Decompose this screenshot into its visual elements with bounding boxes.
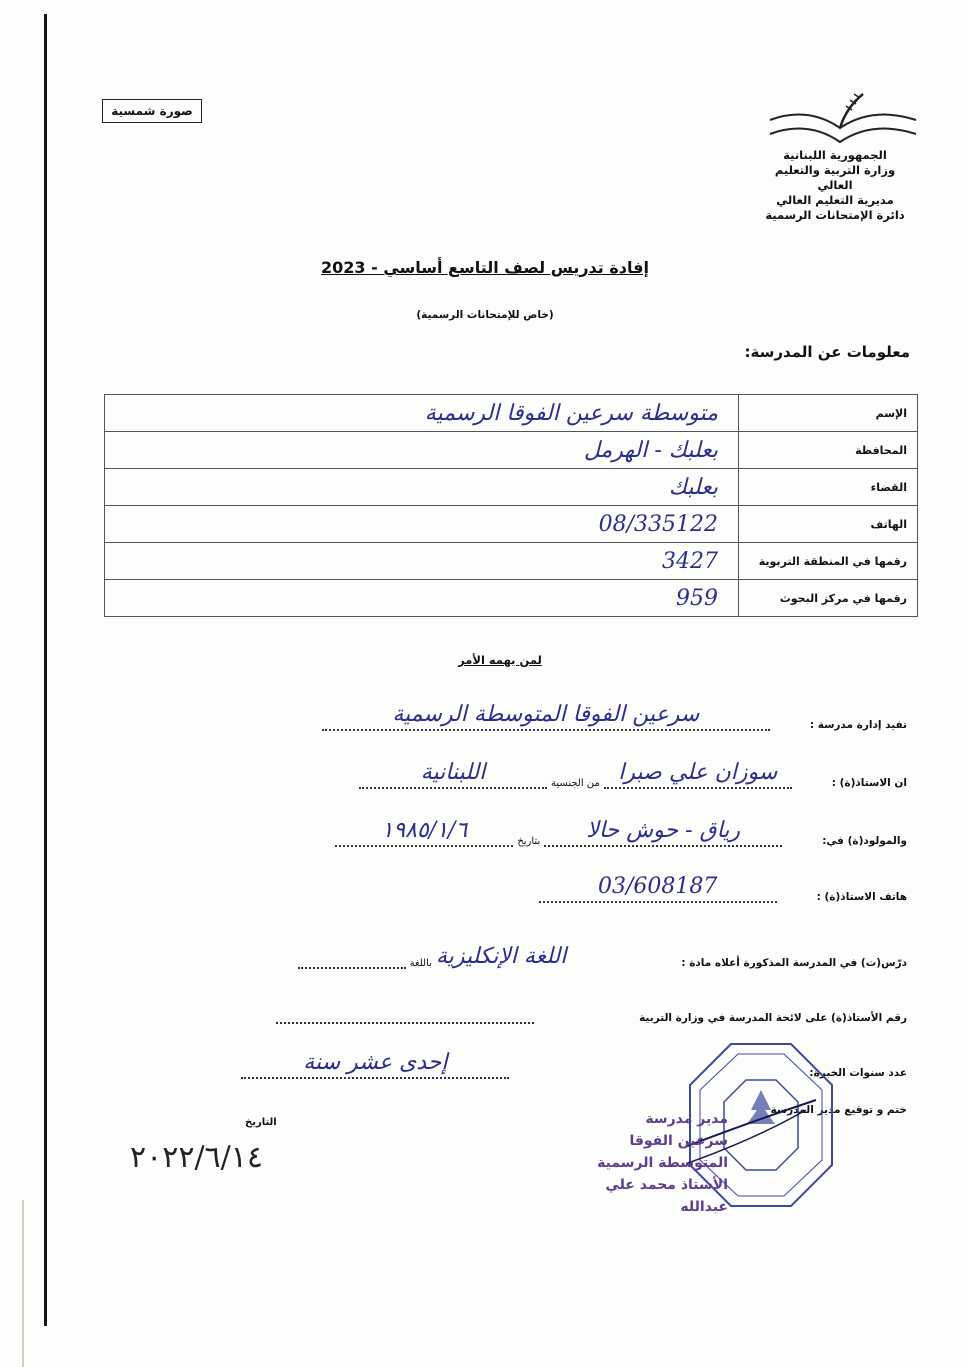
governorate-value: بعلبك - الهرمل [584, 438, 718, 463]
signature-line: الأستاذ محمد علي عبدالله [558, 1174, 728, 1218]
photo-placeholder: صورة شمسية [102, 99, 202, 123]
language-value [298, 965, 406, 969]
date-label: التاريخ [245, 1117, 277, 1128]
birth-row: والمولود(ة) في: رياق - حوش حالا بتاريخ ١… [335, 818, 907, 847]
school-info-heading: معلومات عن المدرسة: [620, 343, 910, 361]
experience-value: إحدى عشر سنة [241, 1050, 509, 1079]
ministry-header: الجمهورية اللبنانية وزارة التربية والتعل… [760, 148, 910, 223]
teacher-phone-label: هاتف الاستاذ(ة) : [817, 891, 907, 903]
birthplace-value: رياق - حوش حالا [544, 818, 782, 847]
school-info-table: الإسم متوسطة سرعين الفوقا الرسمية المحاف… [104, 394, 918, 617]
teacher-row: ان الاستاذ(ة) : سوزان علي صبرا من الجنسي… [359, 760, 907, 789]
roster-row: رقم الأستاذ(ة) على لائحة المدرسة في وزار… [276, 1004, 907, 1024]
table-row: رقمها في مركز البحوث 959 [105, 580, 918, 617]
school-phone-value: 08/335122 [599, 512, 718, 537]
row-label: رقمها في مركز البحوث [739, 580, 918, 617]
born-label: والمولود(ة) في: [822, 835, 907, 847]
school-admin-value: سرعين الفوقا المتوسطة الرسمية [322, 702, 770, 731]
header-line: مديرية التعليم العالي [760, 193, 910, 208]
header-line: الجمهورية اللبنانية [760, 148, 910, 163]
teacher-label: ان الاستاذ(ة) : [832, 777, 907, 789]
signature-line: سرعين الفوقا المتوسطة الرسمية [558, 1130, 728, 1174]
roster-value [276, 1004, 534, 1024]
school-name-value: متوسطة سرعين الفوقا الرسمية [425, 401, 718, 426]
teacher-phone-value: 03/608187 [539, 874, 777, 903]
school-admin-row: تفيد إدارة مدرسة : سرعين الفوقا المتوسطة… [322, 702, 907, 731]
district-value: بعلبك [669, 475, 718, 500]
taught-label: درّس(ت) في المدرسة المذكورة أعلاه مادة : [681, 957, 907, 969]
teacher-name-value: سوزان علي صبرا [604, 760, 792, 789]
header-line: وزارة التربية والتعليم العالي [760, 163, 910, 193]
scan-edge [22, 1200, 24, 1367]
birthdate-value: ١٩٨٥/١/٦ [335, 818, 513, 847]
document-subtitle: (خاص للإمتحانات الرسمية) [360, 309, 610, 321]
table-row: المحافظة بعلبك - الهرمل [105, 432, 918, 469]
teacher-phone-row: هاتف الاستاذ(ة) : 03/608187 [539, 874, 907, 903]
table-row: القضاء بعلبك [105, 469, 918, 506]
to-whom-heading: لمن يهمه الأمر [420, 653, 580, 667]
subject-value: اللغة الإنكليزية [436, 944, 566, 969]
row-label: القضاء [739, 469, 918, 506]
header-line: دائرة الإمتحانات الرسمية [760, 208, 910, 223]
nationality-value: اللبنانية [359, 760, 547, 789]
row-label: رقمها في المنطقة التربوية [739, 543, 918, 580]
signature-line: مدير مدرسة [558, 1108, 728, 1130]
research-center-number-value: 959 [676, 586, 718, 611]
birthdate-label: بتاريخ [517, 836, 540, 847]
table-row: الهاتف 08/335122 [105, 506, 918, 543]
table-row: رقمها في المنطقة التربوية 3427 [105, 543, 918, 580]
issue-date-value: ٢٠٢٢/٦/١٤ [130, 1140, 263, 1175]
table-row: الإسم متوسطة سرعين الفوقا الرسمية [105, 395, 918, 432]
school-admin-label: تفيد إدارة مدرسة : [810, 719, 907, 731]
row-label: الإسم [739, 395, 918, 432]
row-label: المحافظة [739, 432, 918, 469]
nationality-label: من الجنسية [551, 778, 600, 789]
photo-box-label: صورة شمسية [111, 104, 193, 118]
roster-label: رقم الأستاذ(ة) على لائحة المدرسة في وزار… [639, 1012, 907, 1024]
document-title: إفادة تدريس لصف التاسع أساسي - 2023 [320, 258, 650, 277]
subject-row: درّس(ت) في المدرسة المذكورة أعلاه مادة :… [298, 944, 907, 969]
edu-zone-number-value: 3427 [662, 549, 718, 574]
ministry-logo-icon [768, 88, 918, 148]
principal-signature-stamp: مدير مدرسة سرعين الفوقا المتوسطة الرسمية… [558, 1108, 728, 1218]
language-label: باللغة [410, 958, 432, 969]
row-label: الهاتف [739, 506, 918, 543]
page-margin-rule [44, 14, 47, 1326]
